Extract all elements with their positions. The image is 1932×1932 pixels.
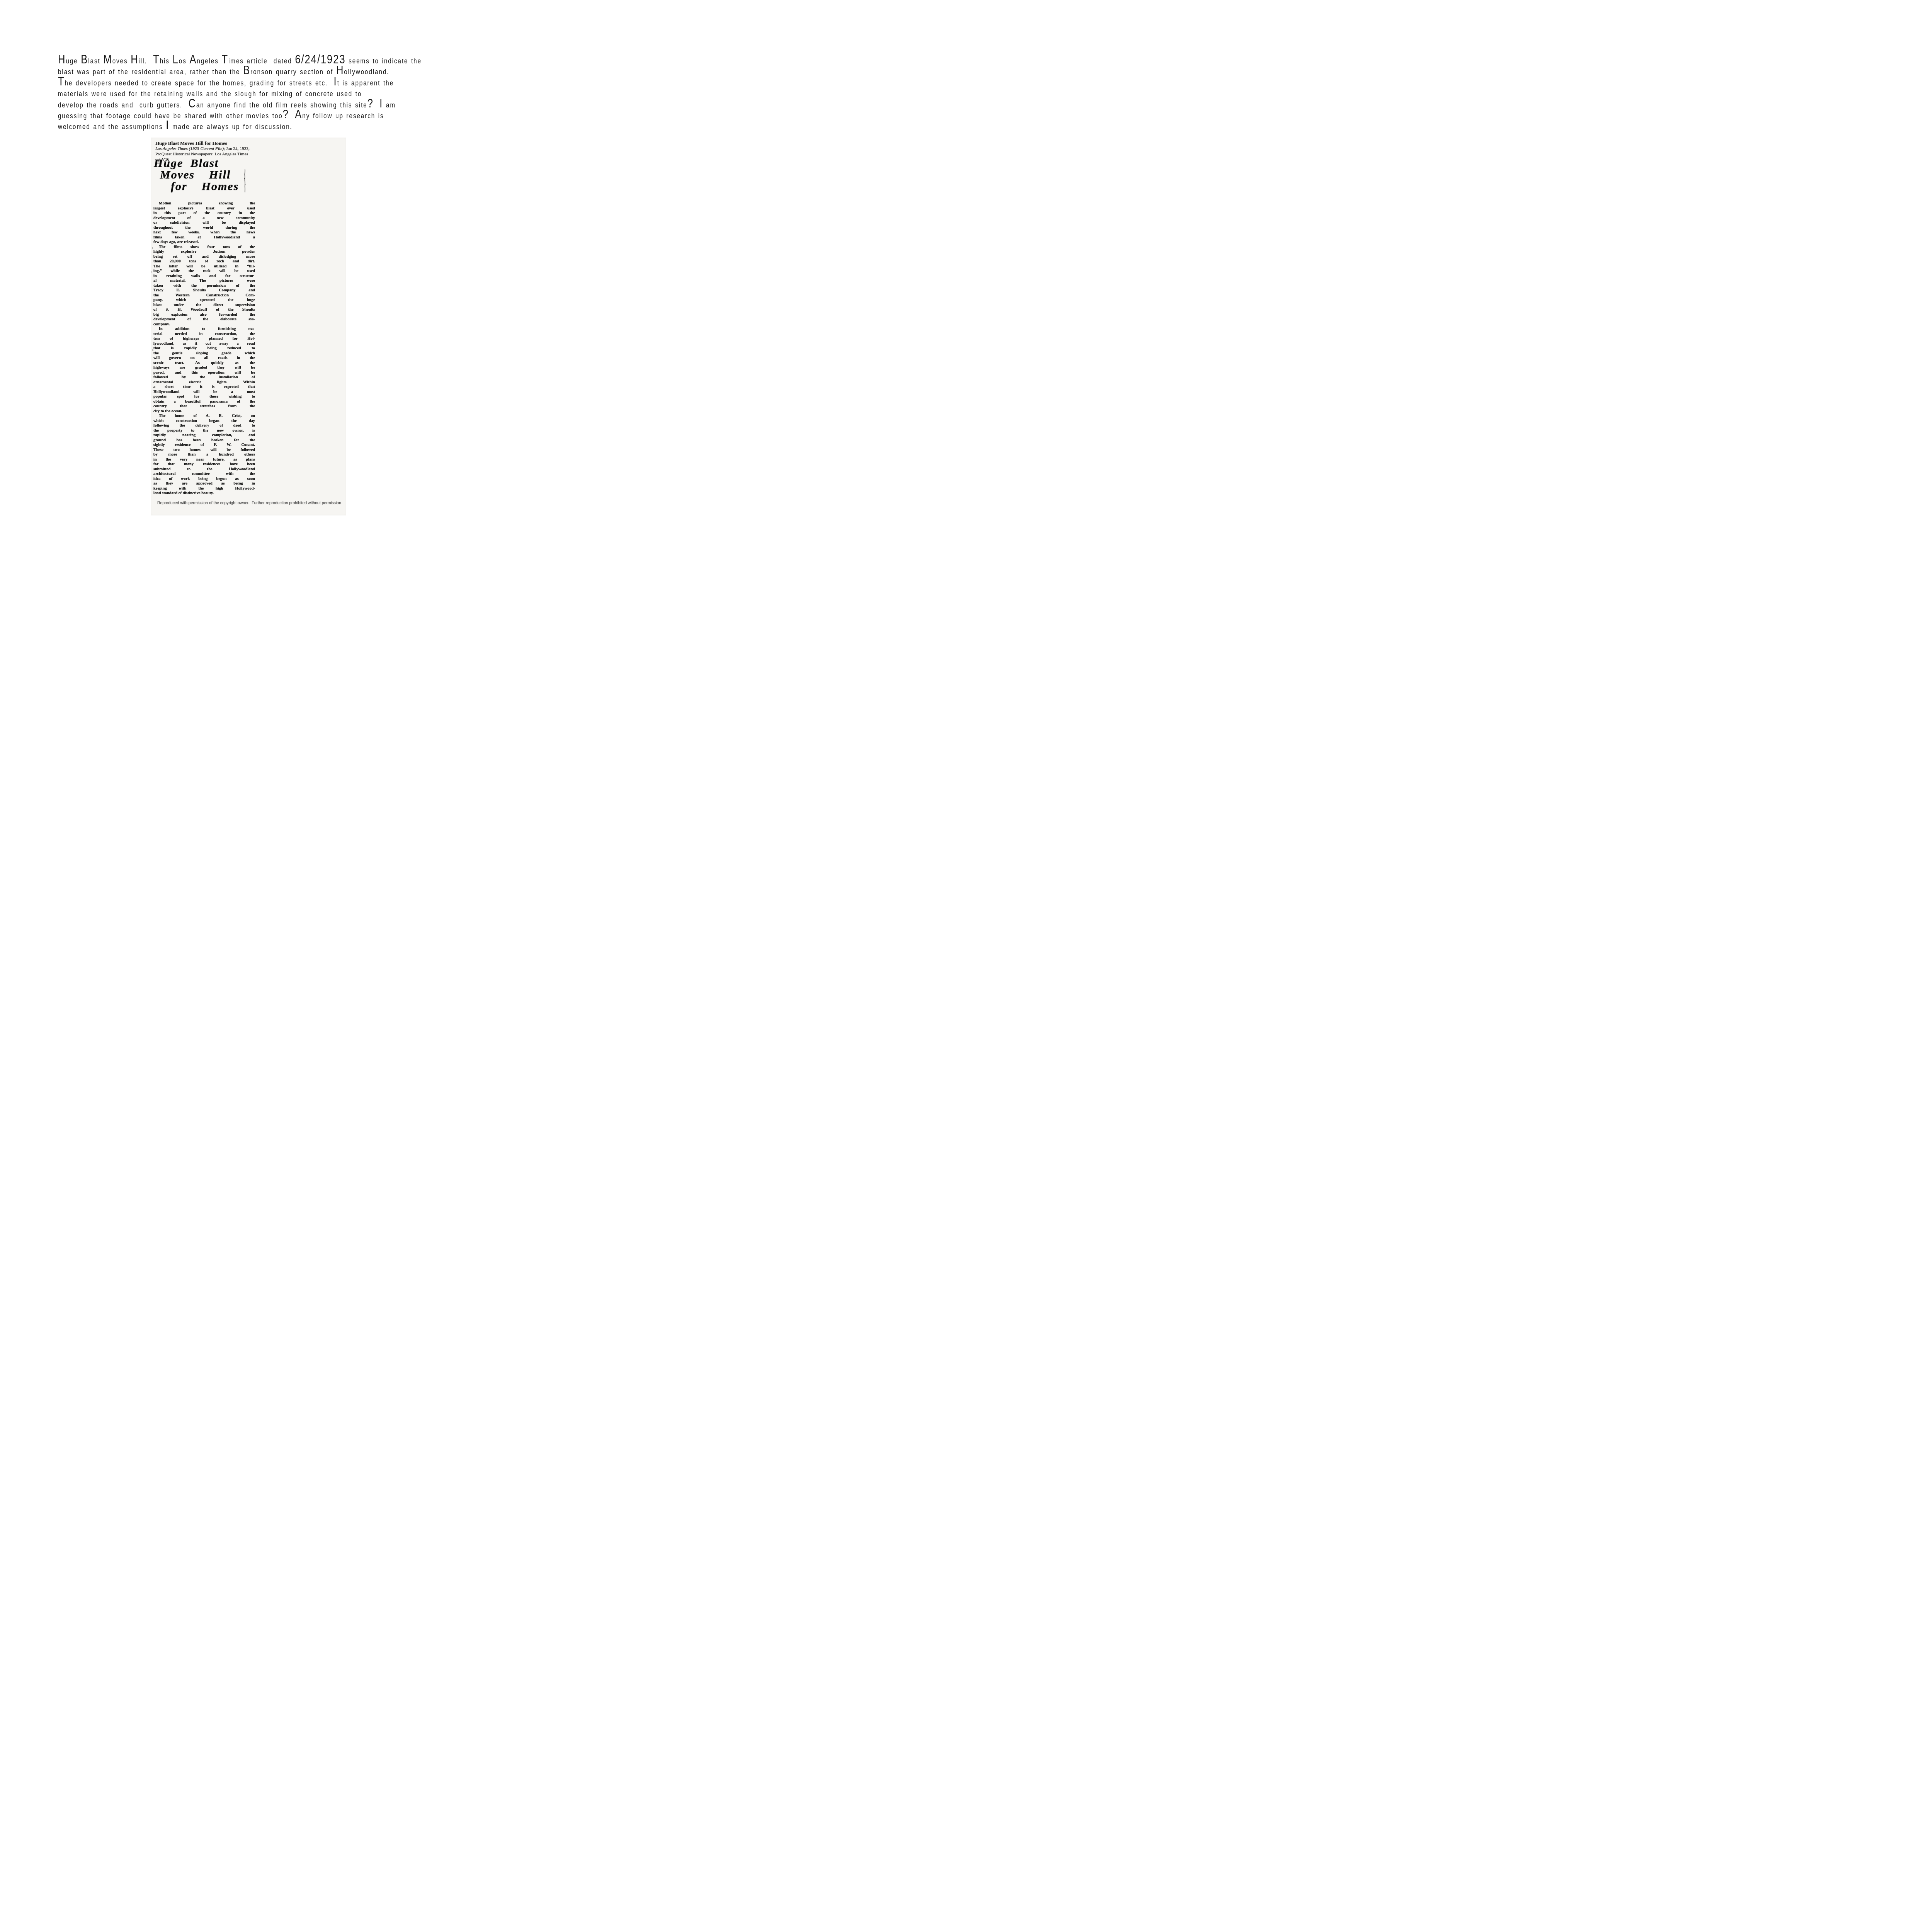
article-line: following the delivery of deed to — [153, 423, 255, 429]
ink-mark-ornament — [243, 169, 247, 192]
article-line: or subdivision will be displayed — [153, 221, 255, 226]
article-line: next few weeks, when the news — [153, 230, 255, 235]
article-line: largest explosive blast ever used — [153, 206, 255, 211]
commentary-line: develop the roads and curb gutters. Can … — [58, 100, 370, 111]
article-line: rapidly nearing completion, and — [153, 433, 255, 438]
citation-title: Huge Blast Moves Hill for Homes — [155, 141, 341, 146]
article-line: Hollywoodland will be a most — [153, 390, 255, 395]
article-line: by more than a hundred others — [153, 452, 255, 457]
article-line: will govern on all roads in the — [153, 356, 255, 361]
citation-database: ProQuest Historical Newspapers: Los Ange… — [155, 151, 341, 157]
article-paragraph-4: The home of A. B. Crist, onwhich constru… — [153, 414, 255, 496]
article-line: Tracy E. Shoults Company and — [153, 288, 255, 293]
article-line: big explosion also forwarded the — [153, 313, 255, 318]
commentary-line: guessing that footage could have be shar… — [58, 111, 370, 122]
article-line: the gentle sloping grade which — [153, 351, 255, 356]
article-line: highways are graded they will be — [153, 366, 255, 371]
commentary-line: blast was part of the residential area, … — [58, 67, 370, 78]
article-line: ground has been broken for the — [153, 438, 255, 443]
newspaper-clipping-scan: Huge Blast Moves Hill for Homes Los Ange… — [151, 138, 346, 515]
article-line: al material. The pictures were — [153, 279, 255, 284]
article-line: The films show four tons of the — [153, 245, 255, 250]
article-line: in retaining walls and for structur- — [153, 274, 255, 279]
article-line: the Western Construction Com- — [153, 293, 255, 298]
headline-line-1: Huge Blast — [154, 158, 270, 169]
article-line: films taken at Hollywoodland a — [153, 235, 255, 240]
article-line: terial needed in construction, the — [153, 332, 255, 337]
article-line: in the very near future, as plans — [153, 457, 255, 463]
commentary-line: Huge Blast Moves Hill. This Los Angeles … — [58, 56, 370, 67]
article-line: which construction began the day — [153, 419, 255, 424]
article-paragraph-2: The films show four tons of thehighly ex… — [153, 245, 255, 327]
article-line: pany, which operated the huge — [153, 298, 255, 303]
citation-source-italic: Los Angeles Times (1923-Current File) — [155, 146, 224, 151]
scan-artifact-speck — [152, 247, 153, 249]
article-line: land standard of distinctive beauty. — [153, 491, 255, 496]
citation-source-date: ; Jun 24, 1923; — [224, 146, 250, 151]
article-line: sightly residence of F. W. Conant. — [153, 443, 255, 448]
article-line: the property to the new owner, is — [153, 429, 255, 434]
article-headline: Huge Blast Moves Hill for Homes — [154, 158, 270, 192]
article-line: development of a new community — [153, 216, 255, 221]
article-line: being set off and dislodging more — [153, 255, 255, 260]
article-line: taken with the permission of the — [153, 284, 255, 289]
article-line: ing,” while the rock will be used — [153, 269, 255, 274]
article-line: city to the ocean. — [153, 409, 255, 414]
article-line: Motion pictures showing the — [153, 201, 255, 206]
article-line: that is rapidly being reduced to — [153, 346, 255, 351]
headline-line-3: for Homes — [154, 181, 270, 192]
citation-source-line: Los Angeles Times (1923-Current File); J… — [155, 146, 341, 151]
article-line: highly explosive Judson powder — [153, 250, 255, 255]
article-line: obtain a beautiful panorama of the — [153, 400, 255, 405]
article-line: in this part of the country in the — [153, 211, 255, 216]
commentary-line: The developers needed to create space fo… — [58, 78, 370, 89]
article-line: The home of A. B. Crist, on — [153, 414, 255, 419]
article-line: few days ago, are released. — [153, 240, 255, 245]
article-line: development of the elaborate sys- — [153, 317, 255, 322]
article-line: company. — [153, 322, 255, 327]
scan-artifact-speck — [151, 271, 152, 273]
article-body: Motion pictures showing thelargest explo… — [153, 201, 255, 496]
article-line: submitted to the Hollywoodland — [153, 467, 255, 472]
article-line: throughout the world during the — [153, 226, 255, 231]
article-line: blast under the direct supervision — [153, 303, 255, 308]
article-line: a short time it is expected that — [153, 385, 255, 390]
article-line: idea of work being begun as soon — [153, 477, 255, 482]
article-line: architectural committee with the — [153, 472, 255, 477]
article-line: These two homes will be followed — [153, 448, 255, 453]
article-line: lywoodland, as it cut away a road — [153, 342, 255, 347]
article-line: The latter will be utilized in “fill- — [153, 264, 255, 269]
article-line: In addition to furnishing ma- — [153, 327, 255, 332]
article-line: keeping with the high Hollywood- — [153, 486, 255, 492]
copyright-footer: Reproduced with permission of the copyri… — [157, 501, 345, 506]
article-line: followed by the installation of — [153, 375, 255, 380]
article-line: scenic tract. As quickly as the — [153, 361, 255, 366]
article-line: as they are approved as being in — [153, 481, 255, 486]
article-paragraph-3: In addition to furnishing ma-terial need… — [153, 327, 255, 414]
commentary-line: materials were used for the retaining wa… — [58, 89, 370, 100]
commentary-paragraph: Huge Blast Moves Hill. This Los Angeles … — [58, 56, 448, 133]
article-line: than 20,000 tons of rock and dirt. — [153, 259, 255, 264]
commentary-line: welcomed and the assumptions I made are … — [58, 122, 370, 133]
article-line: for that many residences have been — [153, 462, 255, 467]
article-line: of S. H. Woodruff of the Shoults — [153, 308, 255, 313]
article-line: popular spot for those wishing to — [153, 395, 255, 400]
article-line: country that stretches from the — [153, 404, 255, 409]
scan-artifact-speck — [152, 349, 153, 351]
article-line: tem of highways planned for Hol- — [153, 337, 255, 342]
article-line: paved, and this operation will be — [153, 371, 255, 376]
headline-line-2: Moves Hill — [154, 169, 270, 181]
article-line: ornamental electric lights. Within — [153, 380, 255, 385]
article-paragraph-1: Motion pictures showing thelargest explo… — [153, 201, 255, 245]
scanned-document-page: Huge Blast Moves Hill. This Los Angeles … — [0, 0, 493, 638]
